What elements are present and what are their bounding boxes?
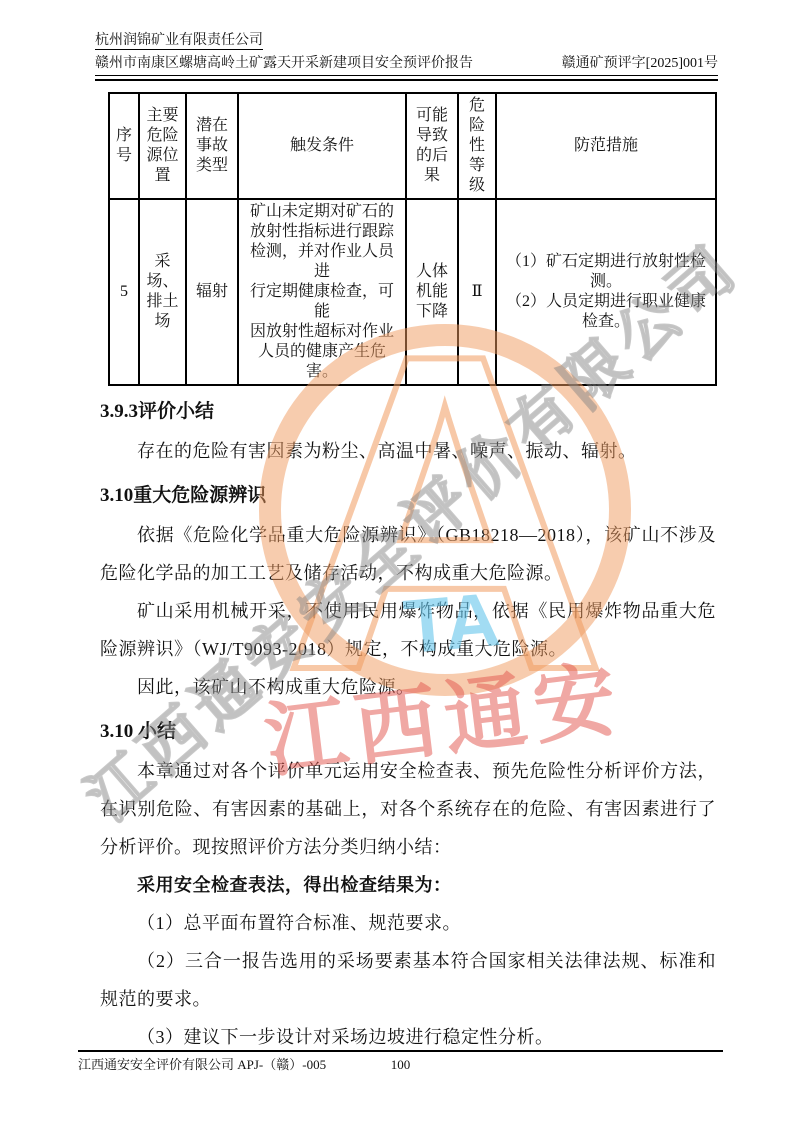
cell-risk-level: Ⅱ — [458, 199, 496, 385]
section-title-310: 3.10重大危险源辨识 — [100, 484, 716, 508]
paragraph-310-2: 矿山采用机械开采，不使用民用爆炸物品，依据《民用爆炸物品重大危险源辨识》（WJ/… — [100, 592, 716, 668]
header-divider — [95, 79, 718, 81]
cell-consequence: 人体 机能 下降 — [406, 199, 458, 385]
col-header-risk-level: 危 险 性 等 级 — [458, 93, 496, 199]
header-company-line: 杭州润锦矿业有限责任公司 — [95, 31, 718, 50]
paragraph-checklist-item-2: （2）三合一报告选用的采场要素基本符合国家相关法律法规、标准和规范的要求。 — [100, 942, 716, 1018]
paragraph-summary-1: 本章通过对各个评价单元运用安全检查表、预先危险性分析评价方法，在识别危险、有害因… — [100, 752, 716, 866]
section-title-393: 3.9.3评价小结 — [100, 400, 716, 424]
page-content: 序 号 主要 危险 源位 置 潜在 事故 类型 触发条件 可能 导致 的后 果 … — [100, 92, 716, 1056]
col-header-seq: 序 号 — [109, 93, 139, 199]
table-row: 5 采 场、 排土 场 辐射 矿山未定期对矿石的 放射性指标进行跟踪 检测，并对… — [109, 199, 716, 385]
cell-trigger: 矿山未定期对矿石的 放射性指标进行跟踪 检测，并对作业人员进 行定期健康检查，可… — [238, 199, 406, 385]
page-footer: 江西通安安全评价有限公司 APJ-（赣）-005 100 — [78, 1050, 723, 1073]
header-company: 杭州润锦矿业有限责任公司 — [95, 33, 263, 50]
paragraph-summary-lead: 采用安全检查表法，得出检查结果为： — [100, 866, 716, 904]
page-number: 100 — [78, 1056, 723, 1073]
cell-accident-type: 辐射 — [186, 199, 238, 385]
cell-measures: （1）矿石定期进行放射性检 测。 （2）人员定期进行职业健康 检查。 — [496, 199, 716, 385]
col-header-accident-type: 潜在 事故 类型 — [186, 93, 238, 199]
paragraph-310-1: 依据《危险化学品重大危险源辨识》（GB18218—2018），该矿山不涉及危险化… — [100, 516, 716, 592]
table-header-row: 序 号 主要 危险 源位 置 潜在 事故 类型 触发条件 可能 导致 的后 果 … — [109, 93, 716, 199]
paragraph-310-3: 因此，该矿山不构成重大危险源。 — [100, 668, 716, 706]
header-title-line: 赣州市南康区螺塘高岭土矿露天开采新建项目安全预评价报告 赣通矿预评字[2025]… — [95, 54, 718, 76]
page-header: 杭州润锦矿业有限责任公司 赣州市南康区螺塘高岭土矿露天开采新建项目安全预评价报告… — [95, 31, 718, 81]
col-header-consequence: 可能 导致 的后 果 — [406, 93, 458, 199]
col-header-measures: 防范措施 — [496, 93, 716, 199]
paragraph-checklist-item-1: （1）总平面布置符合标准、规范要求。 — [100, 904, 716, 942]
paragraph-393-1: 存在的危险有害因素为粉尘、高温中暑、噪声、振动、辐射。 — [100, 432, 716, 470]
header-doc-number: 赣通矿预评字[2025]001号 — [562, 54, 718, 73]
cell-location: 采 场、 排土 场 — [139, 199, 186, 385]
header-report-title: 赣州市南康区螺塘高岭土矿露天开采新建项目安全预评价报告 — [95, 54, 473, 73]
document-page: 杭州润锦矿业有限责任公司 赣州市南康区螺塘高岭土矿露天开采新建项目安全预评价报告… — [0, 0, 793, 1122]
cell-seq: 5 — [109, 199, 139, 385]
hazard-analysis-table: 序 号 主要 危险 源位 置 潜在 事故 类型 触发条件 可能 导致 的后 果 … — [108, 92, 717, 386]
col-header-location: 主要 危险 源位 置 — [139, 93, 186, 199]
col-header-trigger: 触发条件 — [238, 93, 406, 199]
section-title-310-summary: 3.10 小结 — [100, 720, 716, 744]
